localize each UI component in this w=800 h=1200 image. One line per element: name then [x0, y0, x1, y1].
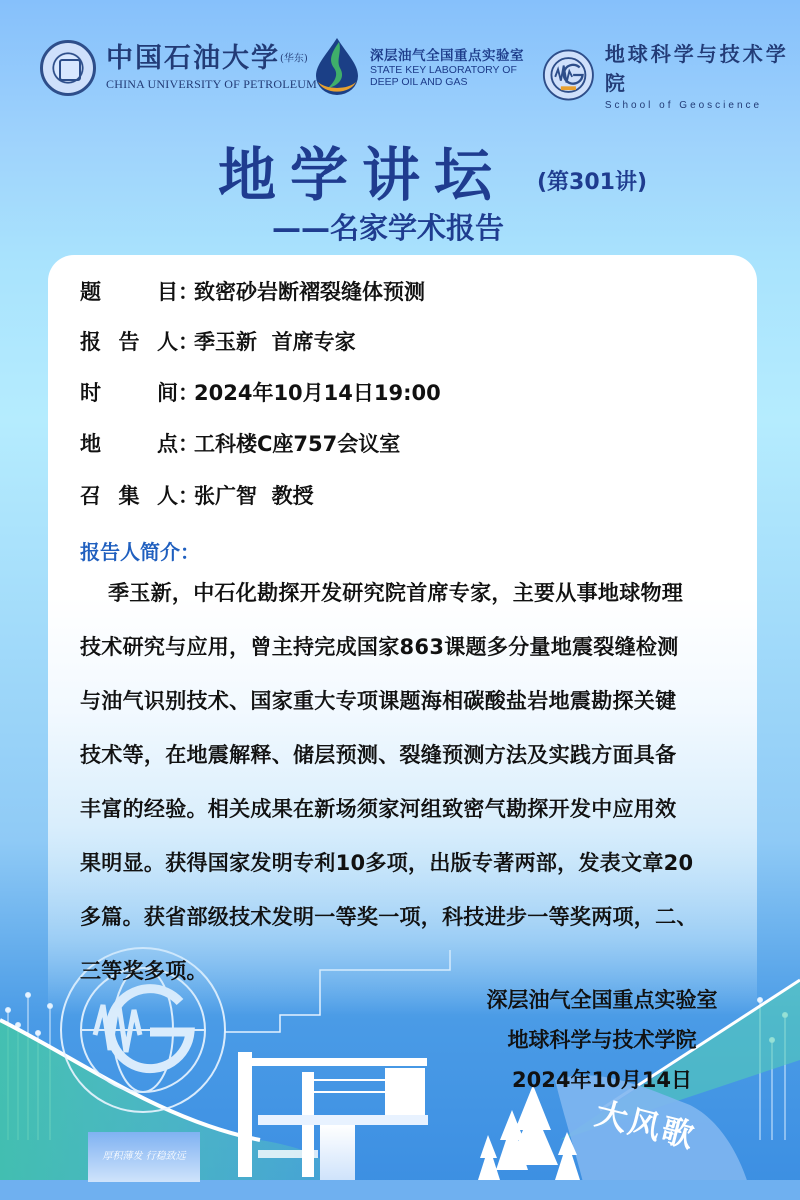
detail-value-time: 2024年10月14日19:00	[194, 379, 441, 407]
detail-label: 报 告 人	[80, 328, 178, 356]
bio-line: 多篇。获省部级技术发明一等奖一项，科技进步一等奖两项，二、	[80, 897, 728, 951]
lab-name-cn: 深层油气全国重点实验室	[370, 44, 524, 64]
detail-row-location: 地 点 ： 工科楼C座757会议室	[80, 430, 400, 458]
cup-campus: (华东)	[280, 53, 308, 64]
cup-seal-icon	[40, 40, 96, 96]
bio-paragraph: 季玉新，中石化勘探开发研究院首席专家，主要从事地球物理 技术研究与应用，曾主持完…	[80, 573, 728, 1005]
page-subtitle: ——名家学术报告	[272, 210, 504, 246]
stone-plaque: 厚积薄发 行稳致远	[88, 1132, 200, 1182]
detail-value-convener: 张广智 教授	[194, 482, 314, 510]
detail-row-topic: 题 目 ： 致密砂岩断褶裂缝体预测	[80, 278, 425, 306]
detail-row-time: 时 间 ： 2024年10月14日19:00	[80, 379, 441, 407]
page-title: 地学讲坛	[218, 140, 506, 210]
bio-line: 技术等，在地震解释、储层预测、裂缝预测方法及实践方面具备	[80, 735, 728, 789]
bio-line: 与油气识别技术、国家重大专项课题海相碳酸盐岩地震勘探关键	[80, 681, 728, 735]
school-logo: 地球科学与技术学院 School of Geoscience	[542, 38, 800, 111]
lab-name-en-2: DEEP OIL AND GAS	[370, 76, 524, 88]
detail-value-speaker: 季玉新 首席专家	[194, 328, 356, 356]
lab-name-en-1: STATE KEY LABORATORY OF	[370, 64, 524, 76]
bio-line: 技术研究与应用，曾主持完成国家863课题多分量地震裂缝检测	[80, 627, 728, 681]
signature-org-lab: 深层油气全国重点实验室	[462, 982, 742, 1022]
detail-label: 召 集 人	[80, 482, 178, 510]
lab-logo: 深层油气全国重点实验室 STATE KEY LABORATORY OF DEEP…	[314, 36, 524, 96]
logo-bar: 中国石油大学(华东) CHINA UNIVERSITY OF PETROLEUM…	[0, 30, 800, 110]
school-name-en: School of Geoscience	[605, 100, 800, 111]
detail-label: 题 目	[80, 278, 178, 306]
geoscience-seal-icon	[542, 47, 595, 103]
detail-value-topic: 致密砂岩断褶裂缝体预测	[194, 278, 425, 306]
bio-line: 季玉新，中石化勘探开发研究院首席专家，主要从事地球物理	[80, 573, 728, 627]
cup-name-en: CHINA UNIVERSITY OF PETROLEUM	[106, 77, 317, 92]
detail-row-speaker: 报 告 人 ： 季玉新 首席专家	[80, 328, 356, 356]
detail-label: 时 间	[80, 379, 178, 407]
detail-label: 地 点	[80, 430, 178, 458]
bio-line: 果明显。获得国家发明专利10多项，出版专著两部，发表文章20	[80, 843, 728, 897]
signature-org-school: 地球科学与技术学院	[462, 1022, 742, 1062]
bio-heading: 报告人简介：	[80, 536, 200, 565]
signature-block: 深层油气全国重点实验室 地球科学与技术学院 2024年10月14日	[462, 982, 742, 1102]
cup-logo: 中国石油大学(华东) CHINA UNIVERSITY OF PETROLEUM	[40, 40, 317, 96]
lecture-number: (第301讲)	[537, 165, 647, 196]
school-name-cn: 地球科学与技术学院	[605, 38, 800, 96]
detail-row-convener: 召 集 人 ： 张广智 教授	[80, 482, 314, 510]
oil-drop-icon	[314, 36, 360, 96]
detail-value-location: 工科楼C座757会议室	[194, 430, 400, 458]
cup-name-cn: 中国石油大学	[106, 43, 280, 74]
bio-line: 丰富的经验。相关成果在新场须家河组致密气勘探开发中应用效	[80, 789, 728, 843]
